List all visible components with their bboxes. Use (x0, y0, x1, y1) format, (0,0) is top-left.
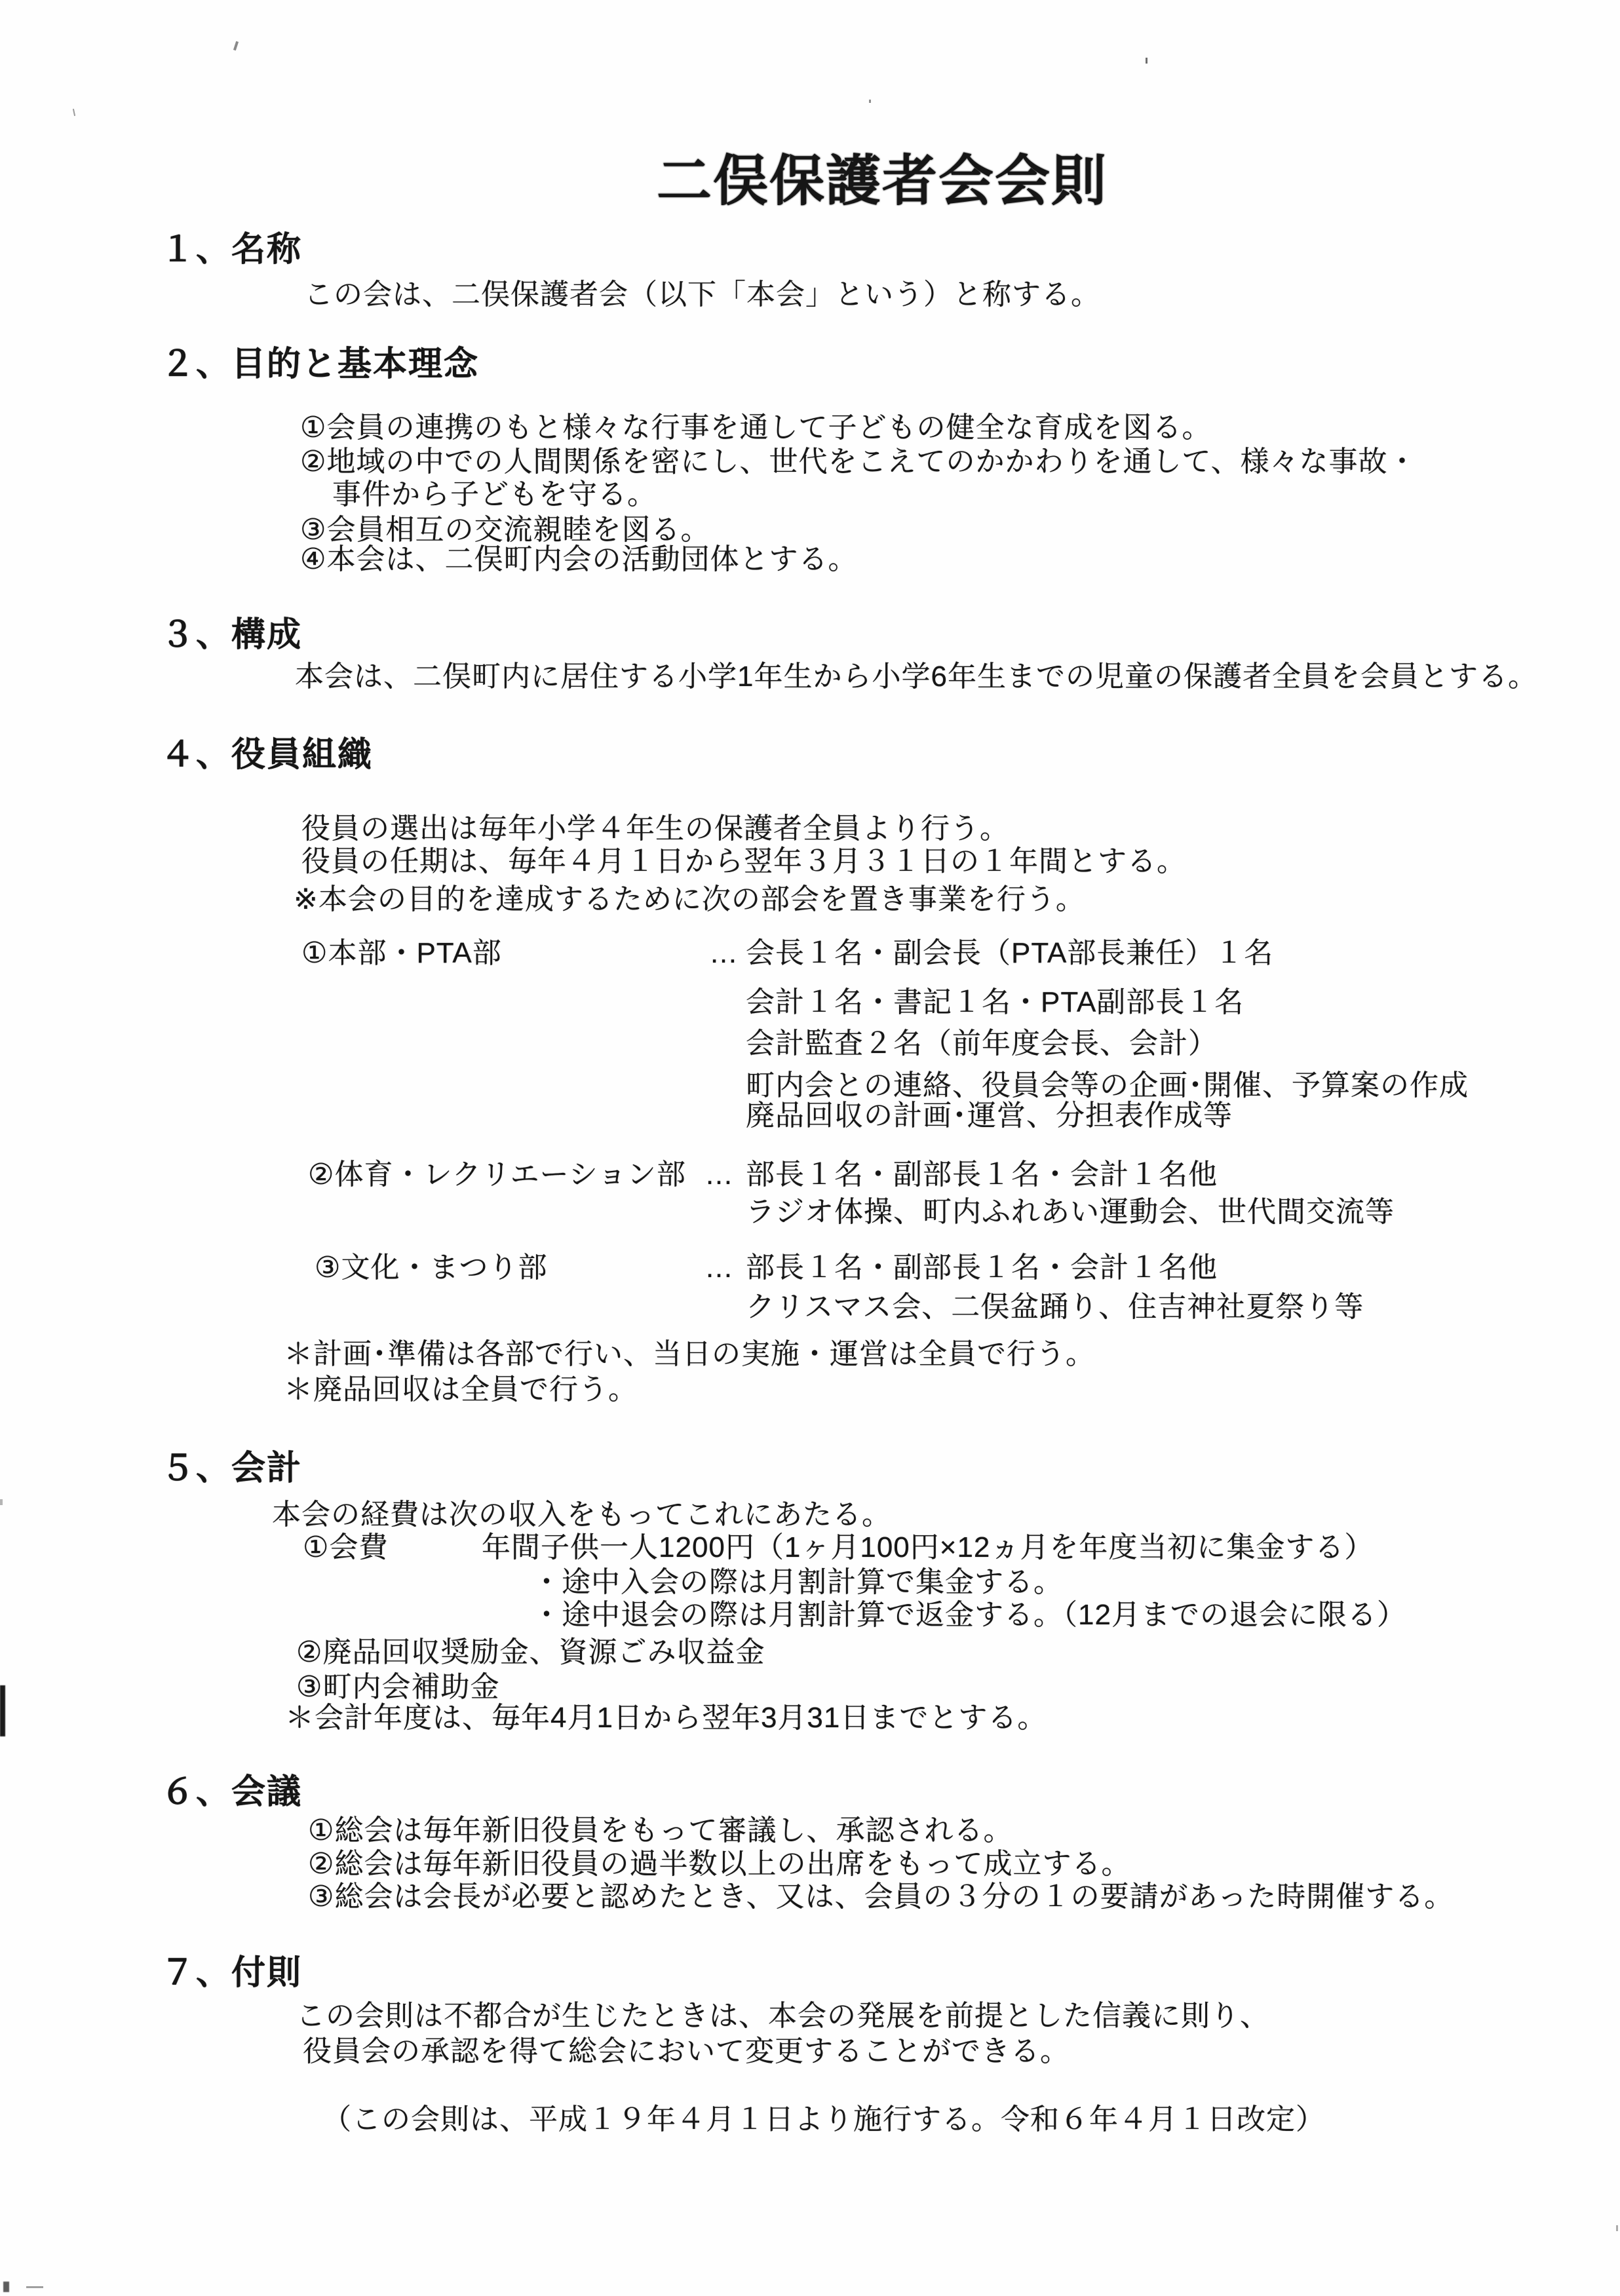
section-6-item-1: ①総会は毎年新旧役員をもって審議し、承認される。 (308, 1814, 1013, 1848)
section-5-note: ＊会計年度は、毎年4月1日から翌年3月31日までとする。 (285, 1702, 1047, 1735)
section-5-item-1-sub-2: ・途中退会の際は月割計算で返金する。（12月までの退会に限る） (532, 1599, 1406, 1632)
section-5-item-1-text: 年間子供一人1200円（1ヶ月100円×12ヵ月を年度当初に集金する） (482, 1531, 1374, 1565)
section-4-note-1: ＊計画･準備は各部で行い、当日の実施・運営は全員で行う。 (284, 1338, 1095, 1371)
dept-1-desc-3: 会計監査２名（前年度会長、会計） (746, 1027, 1218, 1061)
dept-1-label: ①本部・PTA部 (301, 937, 502, 970)
section-2-item-1: ①会員の連携のもと様々な行事を通して子どもの健全な育成を図る。 (300, 411, 1211, 445)
section-2-item-2-continuation: 事件から子どもを守る。 (332, 478, 657, 512)
dept-2-label: ②体育・レクリエーション部 (308, 1158, 686, 1192)
section-5-intro: 本会の経費は次の収入をもってこれにあたる。 (272, 1499, 891, 1532)
dept-1-dots: … (709, 937, 739, 970)
section-2-item-3: ③会員相互の交流親睦を図る。 (300, 514, 710, 547)
section-3-heading: ３、構成 (161, 616, 302, 655)
section-1-heading: １、名称 (161, 231, 302, 270)
section-4-heading: ４、役員組織 (161, 736, 373, 775)
section-7-heading: ７、付則 (161, 1954, 302, 1993)
section-4-note-2: ＊廃品回収は全員で行う。 (284, 1373, 638, 1407)
section-7-line-1: この会則は不都合が生じたときは、本会の発展を前提とした信義に則り、 (296, 2000, 1269, 2033)
section-3-body-line: 本会は、二俣町内に居住する小学1年生から小学6年生までの児童の保護者全員を会員と… (295, 660, 1537, 694)
dept-1-desc-2: 会計１名・書記１名・PTA副部長１名 (746, 986, 1244, 1020)
section-7-footer: （この会則は、平成１９年４月１日より施行する。令和６年４月１日改定） (322, 2103, 1325, 2137)
dept-1-desc-5: 廃品回収の計画･運営、分担表作成等 (746, 1100, 1233, 1133)
document-title: 二俣保護者会会則 (657, 149, 1108, 213)
section-5-heading: ５、会計 (161, 1449, 302, 1489)
section-6-item-3: ③総会は会長が必要と認めたとき、又は、会員の３分の１の要請があった時開催する。 (308, 1881, 1454, 1914)
dept-3-desc-2: クリスマス会、二俣盆踊り、住吉神社夏祭り等 (746, 1291, 1364, 1324)
scan-smudge-bottom-left-1 (3, 2282, 9, 2292)
dept-3-dots: … (704, 1252, 735, 1285)
dept-1-desc-4: 町内会との連絡、役員会等の企画･開催、予算案の作成 (746, 1069, 1469, 1103)
section-5-item-1-sub-1: ・途中入会の際は月割計算で集金する。 (532, 1566, 1063, 1599)
section-1-body-line: この会は、二俣保護者会（以下「本会」という）と称する。 (304, 278, 1100, 312)
section-6-heading: ６、会議 (161, 1773, 302, 1812)
dept-2-desc-1: 部長１名・副部長１名・会計１名他 (746, 1158, 1218, 1192)
dept-2-dots: … (704, 1158, 735, 1192)
section-7-line-2: 役員会の承認を得て総会において変更することができる。 (303, 2035, 1070, 2069)
section-5-item-3: ③町内会補助金 (296, 1671, 499, 1704)
section-6-item-2: ②総会は毎年新旧役員の過半数以上の出席をもって成立する。 (308, 1848, 1130, 1881)
section-2-item-2: ②地域の中での人間関係を密にし、世代をこえてのかかわりを通して、様々な事故・ (300, 446, 1417, 479)
dept-2-desc-2: ラジオ体操、町内ふれあい運動会、世代間交流等 (746, 1196, 1395, 1229)
section-2-item-4: ④本会は、二俣町内会の活動団体とする。 (300, 543, 857, 577)
section-4-intro-1: 役員の選出は毎年小学４年生の保護者全員より行う。 (301, 813, 1009, 846)
section-4-intro-2: 役員の任期は、毎年４月１日から翌年３月３１日の１年間とする。 (301, 845, 1186, 879)
scan-speck-top-1 (233, 41, 239, 51)
scan-artifact-left-bar (0, 1685, 5, 1736)
section-5-item-1-label: ①会費 (303, 1531, 388, 1565)
scan-speck-top-2 (1146, 58, 1147, 64)
section-4-intro-3: ※本会の目的を達成するために次の部会を置き事業を行う。 (294, 883, 1085, 917)
scanned-document-page: 二俣保護者会会則 １、名称 この会は、二俣保護者会（以下「本会」という）と称する… (0, 0, 1620, 2296)
scan-speck-top-4 (869, 100, 871, 103)
dept-1-desc-1: 会長１名・副会長（PTA部長兼任）１名 (746, 937, 1273, 970)
scan-speck-top-3 (73, 109, 75, 116)
scan-smudge-bottom-left-2 (26, 2286, 43, 2288)
dept-3-desc-1: 部長１名・副部長１名・会計１名他 (746, 1252, 1218, 1285)
section-5-item-2: ②廃品回収奨励金、資源ごみ収益金 (296, 1636, 765, 1670)
scan-speck-left-edge (0, 1499, 3, 1505)
dept-3-label: ③文化・まつり部 (315, 1252, 547, 1285)
section-2-heading: ２、目的と基本理念 (161, 345, 479, 385)
scan-speck-right-edge (1616, 2225, 1618, 2231)
